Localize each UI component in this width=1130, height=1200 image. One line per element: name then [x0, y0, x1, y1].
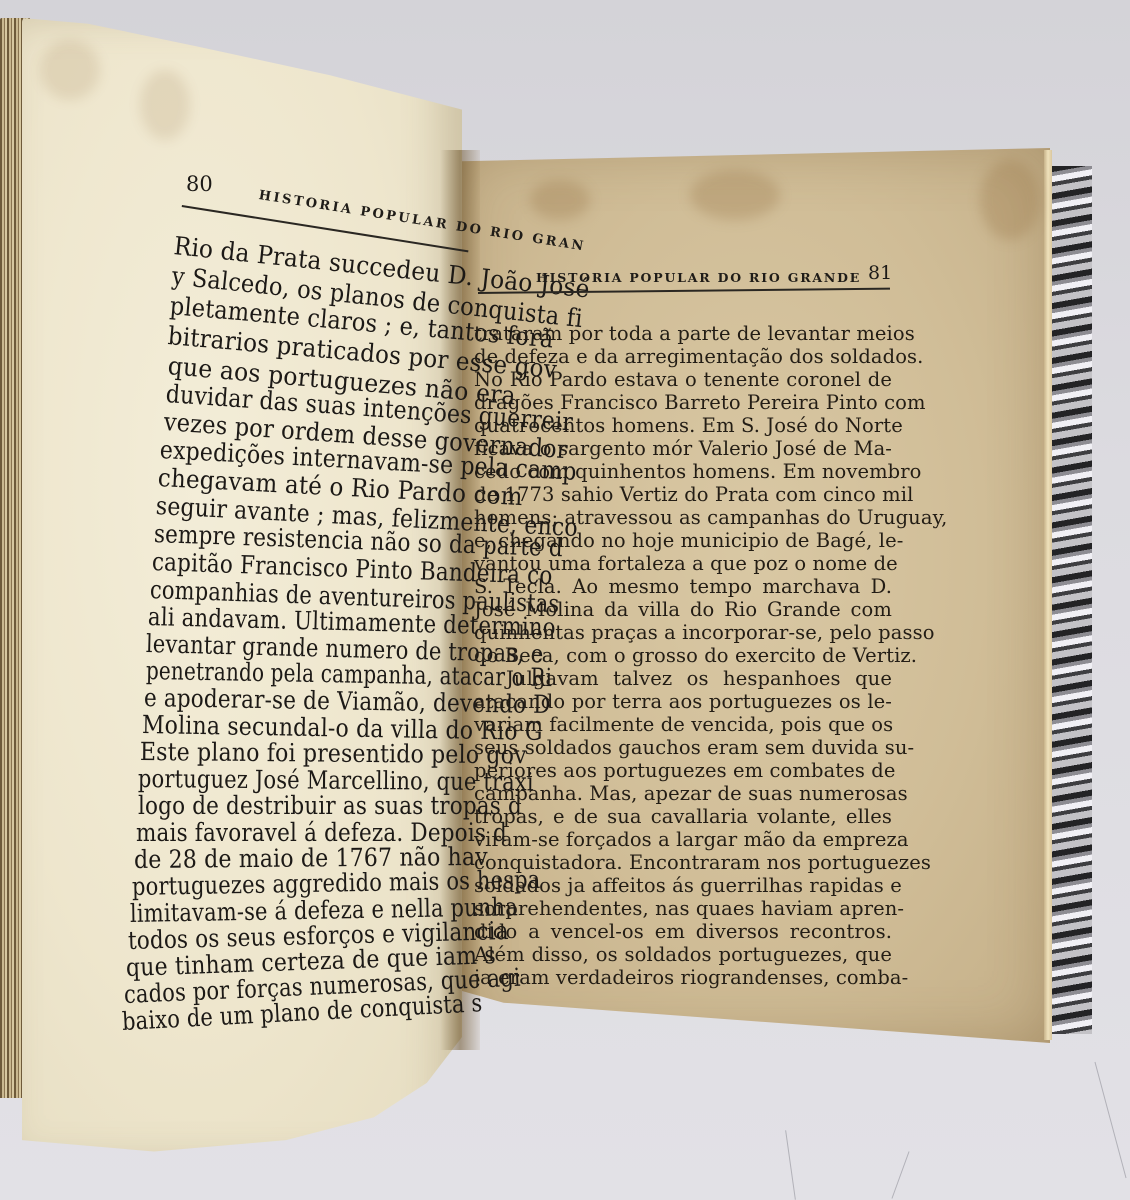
wall-crack [891, 1151, 909, 1198]
text-line: variam facilmente de vencida, pois que o… [474, 713, 892, 736]
text-line: periores aos portuguezes em combates de [474, 759, 892, 782]
foxing-stain [690, 170, 780, 220]
right-running-head: HISTORIA POPULAR DO RIO GRANDE [536, 270, 861, 285]
left-page-number: 80 [186, 172, 213, 196]
photo-scene: 80 HISTORIA POPULAR DO RIO GRAN Rio da P… [0, 0, 1130, 1200]
wall-crack [1094, 1062, 1126, 1178]
text-line: sorprehendentes, nas quaes haviam apren- [474, 897, 892, 920]
text-line: conquistadora. Encontraram nos portuguez… [474, 851, 892, 874]
text-line: quatrocentos homens. Em S. José do Norte [474, 414, 892, 437]
foxing-stain [140, 70, 190, 140]
text-line: vantou uma fortaleza a que poz o nome de [474, 552, 892, 575]
text-line: e, chegando no hoje municipio de Bagé, l… [474, 529, 892, 552]
right-page-number: 81 [868, 262, 892, 284]
wall-crack [785, 1130, 796, 1199]
text-line: José Molina da villa do Rio Grande com [474, 598, 892, 621]
text-line: No Rio Pardo estava o tenente coronel de [474, 368, 892, 391]
foxing-stain [40, 40, 100, 100]
text-line: de 1773 sahio Vertiz do Prata com cinco … [474, 483, 892, 506]
text-line: seus soldados gauchos eram sem duvida su… [474, 736, 892, 759]
foxing-stain [530, 180, 590, 220]
text-line: soldados ja affeitos ás guerrilhas rapid… [474, 874, 892, 897]
text-line: ficava o sargento mór Valerio José de Ma… [474, 437, 892, 460]
text-line: Além disso, os soldados portuguezes, que [474, 943, 892, 966]
right-page-edge [1044, 150, 1052, 1040]
book-back-cover-marbled [1052, 166, 1092, 1034]
text-line: cedo com quinhentos homens. Em novembro [474, 460, 892, 483]
text-line: ja eram verdadeiros riograndenses, comba… [474, 966, 892, 989]
text-line: de defeza e da arregimentação dos soldad… [474, 345, 892, 368]
text-line: dido a vencel-os em diversos recontros. [474, 920, 892, 943]
text-line: trataram por toda a parte de levantar me… [474, 322, 892, 345]
text-line-paragraph-start: Julgavam talvez os hespanhoes que [474, 667, 892, 690]
text-line: quinhentas praças a incorporar-se, pelo … [474, 621, 892, 644]
text-line: viram-se forçados a largar mão da emprez… [474, 828, 892, 851]
text-line: logo de destribuir as suas tropas d [138, 791, 522, 820]
text-line: S. Tecla. Ao mesmo tempo marchava D. [474, 575, 892, 598]
text-line: do Beca, com o grosso do exercito de Ver… [474, 644, 892, 667]
foxing-stain [980, 160, 1040, 240]
text-line: campanha. Mas, apezar de suas numerosas [474, 782, 892, 805]
text-line: atacando por terra aos portuguezes os le… [474, 690, 892, 713]
text-line: tropas, e de sua cavallaria volante, ell… [474, 805, 892, 828]
text-line: homens; atravessou as campanhas do Urugu… [474, 506, 892, 529]
text-line: dragões Francisco Barreto Pereira Pinto … [474, 391, 892, 414]
